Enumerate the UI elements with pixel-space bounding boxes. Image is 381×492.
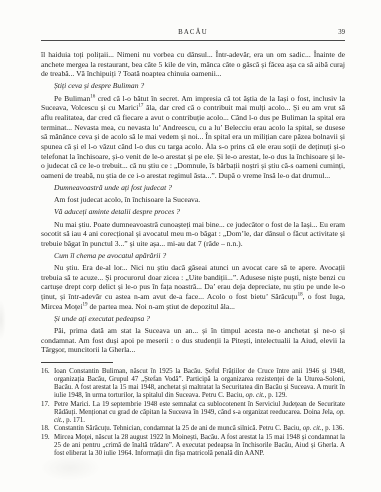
text-segment: Dumneavoastră unde ați fost judecat ? [54, 183, 172, 192]
interview-answer: Pe Buliman16 cred că l-o bătut în secret… [41, 94, 345, 181]
interview-answer: îl haiduia toți polițaii... Nimeni nu vo… [41, 50, 345, 79]
interview-question: Cum îl chema pe avocatul apărării ? [41, 251, 345, 261]
text-segment: op. cit. [246, 392, 265, 399]
footnote-text: Mircea Moței, născut la 28 august 1922 î… [54, 434, 345, 457]
text-segment: Știți ceva și despre Buliman ? [54, 81, 144, 90]
text-segment: Petre Marici. La 19 septembrie 1948 este… [54, 401, 345, 416]
text-segment: Am fost judecat acolo, în închisoare la … [54, 195, 200, 204]
text-segment: îl haiduia toți polițaii... Nimeni nu vo… [41, 50, 345, 78]
text-segment: de partea mea. Noi n-am știut de depozit… [88, 302, 235, 311]
footnote: 19. Mircea Moței, născut la 28 august 19… [41, 434, 345, 458]
text-segment: Cum îl chema pe avocatul apărării ? [54, 251, 166, 260]
header-rule [41, 40, 345, 41]
interview-question: Știți ceva și despre Buliman ? [41, 81, 345, 91]
interview-question: Și unde ați executat pedeapsa ? [41, 314, 345, 324]
interview-answer: Nu mai știu. Poate dumneavoastră cunoașt… [41, 220, 345, 249]
footnote-separator [41, 362, 113, 363]
running-header-title: BACĂU [41, 28, 345, 38]
footnote-text: Petre Marici. La 19 septembrie 1948 este… [54, 401, 345, 424]
book-page: BACĂU 39 îl haiduia toți polițaii... Nim… [0, 0, 381, 492]
scan-smudge [40, 455, 100, 481]
footnote: 17. Petre Marici. La 19 septembrie 1948 … [41, 401, 345, 425]
footnote: 18. Constantin Sărăcuțu. Tehnician, cond… [41, 425, 345, 433]
interview-question: Vă aduceți aminte detalii despre proces … [41, 207, 345, 217]
running-header: BACĂU 39 [41, 28, 345, 38]
interview-answer: Am fost judecat acolo, în închisoare la … [41, 195, 345, 205]
footnote-text: Constantin Sărăcuțu. Tehnician, condamna… [54, 425, 344, 432]
text-segment: ăla, dar cred că o contribuit mai mulți … [41, 103, 345, 180]
interview-answer: Păi, prima dată am stat la Suceava un an… [41, 326, 345, 355]
page-number: 39 [338, 28, 345, 38]
interview-answer: Nu știu. Era de-al lor... Nici nu știu d… [41, 263, 345, 311]
text-segment: , p. 129. [265, 392, 287, 399]
text-segment: Mircea Moței, născut la 28 august 1922 î… [54, 434, 345, 457]
footnote-number: 18. [41, 425, 50, 433]
footnote-number: 19. [41, 434, 50, 442]
footnote-number: 17. [41, 401, 50, 409]
text-segment: , p. 136. [322, 425, 344, 432]
text-segment: Vă aduceți aminte detalii despre proces … [54, 207, 180, 216]
text-segment: Ioan Constantin Buliman, născut în 1925 … [54, 368, 345, 399]
text-segment: Nu mai știu. Poate dumneavoastră cunoașt… [41, 220, 345, 248]
scan-smudge [0, 300, 6, 340]
text-segment: , p. 171. [63, 417, 85, 424]
footnotes-section: 16. Ioan Constantin Buliman, născut în 1… [41, 368, 345, 458]
footnote-number: 16. [41, 368, 50, 376]
interview-question: Dumneavoastră unde ați fost judecat ? [41, 183, 345, 193]
footnote-text: Ioan Constantin Buliman, născut în 1925 … [54, 368, 345, 399]
text-segment: Constantin Sărăcuțu. Tehnician, condamna… [54, 425, 303, 432]
text-segment: op. cit. [303, 425, 322, 432]
interview-body: îl haiduia toți polițaii... Nimeni nu vo… [41, 50, 345, 355]
text-segment: Și unde ați executat pedeapsa ? [54, 314, 150, 323]
footnote: 16. Ioan Constantin Buliman, născut în 1… [41, 368, 345, 400]
text-segment: Pe Buliman [54, 94, 90, 103]
text-segment: Păi, prima dată am stat la Suceava un an… [41, 326, 345, 354]
page-content: BACĂU 39 îl haiduia toți polițaii... Nim… [41, 28, 345, 459]
